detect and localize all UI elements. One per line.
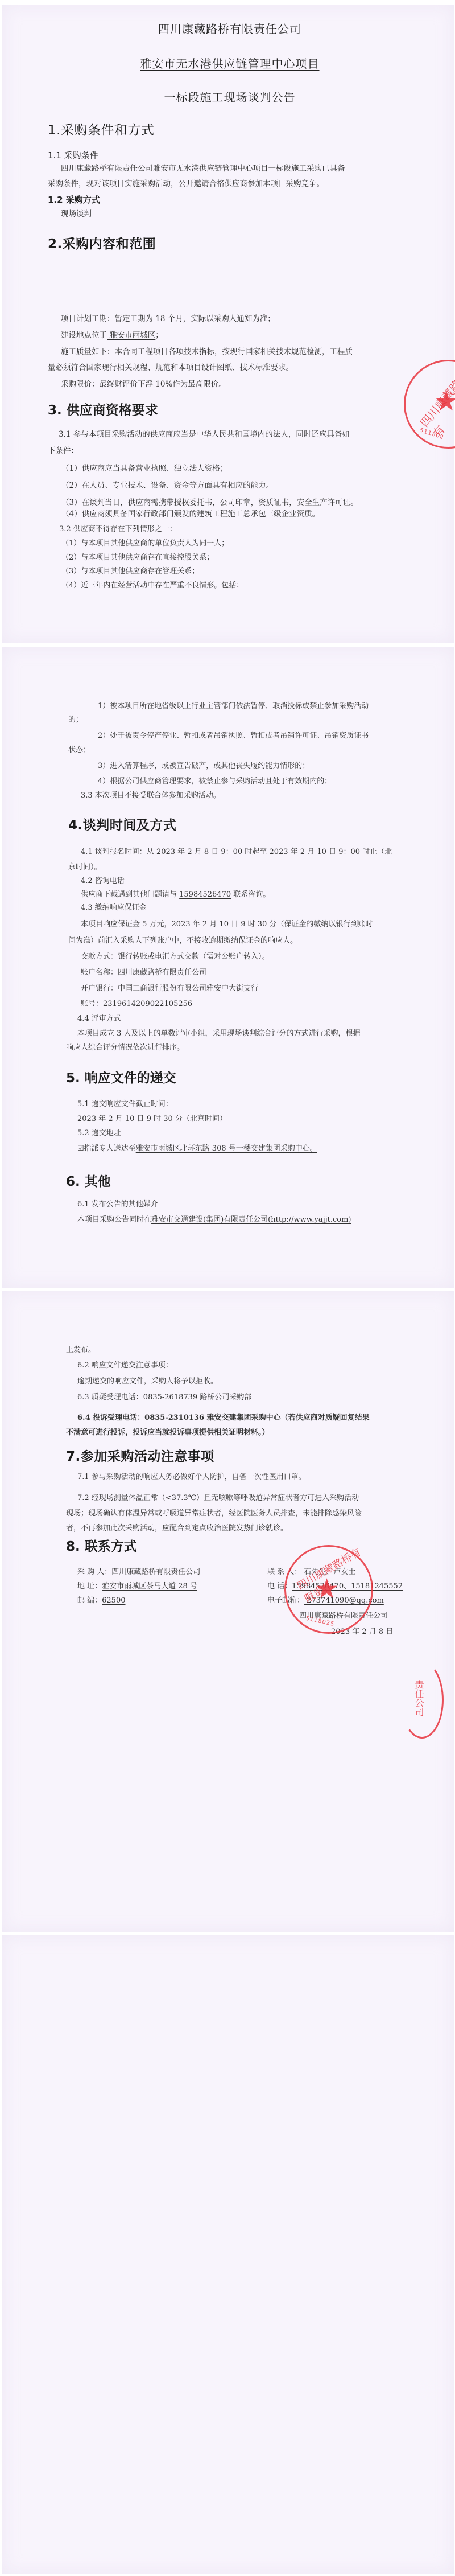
evaluation-method: 本项目成立 3 人及以上的单数评审小组，采用现场谈判综合评分的方式进行采购，根据 [77,1030,361,1037]
section-6-2-heading: 6.2 响应文件递交注意事项： [77,1362,173,1369]
price-limit: 采购限价：最终财评价下浮 10%作为最高限价。 [61,381,226,389]
section-4-heading: 4.谈判时间及方式 [68,815,176,833]
checkbox-checked-icon: ☑ [77,1144,84,1153]
exclusion-subitem-2-cont: 状态； [68,746,90,754]
evaluation-method-cont: 响应人综合评分情况依次进行排序。 [66,1044,184,1051]
section-6-heading: 6. 其他 [66,1171,111,1190]
qualification-item-3: （3）在谈判当日，供应商需携带授权委托书，公司印章，资质证书，安全生产许可证。 [61,499,358,507]
exclusion-item-4: （4）近三年内在经营活动中存在严重不良情形。包括： [61,582,243,589]
temperature-notice-cont-1: 现场；现场确认有体温异常或呼吸道异常症状者，经医院医务人员排查，未能排除感染风险 [66,1510,362,1517]
exclusion-subitem-1: 1）被本项目所在地省级以上行业主管部门依法暂停、取消投标或禁止参加采购活动 [98,702,369,710]
star-icon: ★ [315,1575,339,1603]
section-1-heading: 1.采购条件和方式 [48,120,154,138]
section-1-1-heading: 1.1 采购条件 [48,149,98,161]
document-page-3: 上发布。 6.2 响应文件递交注意事项： 逾期递交的响应文件，采购人将予以拒收。… [2,1291,454,1932]
notice-title: 一标段施工现场谈判公告 [2,88,455,105]
purchaser-row: 采 购 人：四川康藏路桥有限责任公司 [77,1568,200,1576]
bank-name: 开户银行：中国工商银行股份有限公司雅安中大街支行 [81,985,258,992]
submission-deadline: 2023 年 2 月 10 日 9 时 30 分（北京时间） [77,1115,227,1123]
complaint-phone-cont: 不满意可进行投诉，投诉应当就投诉事项提供相关证明材料。） [66,1429,270,1436]
complaint-phone: 6.4 投诉受理电话：0835-2310136 雅安交建集团采购中心（若供应商对… [77,1414,370,1421]
exclusion-item-2: （2）与本项目其他供应商存在直接控股关系； [61,554,214,561]
section-3-1-text-cont: 下条件： [48,447,78,455]
section-4-2-heading: 4.2 咨询电话 [81,877,125,885]
section-1-2-heading: 1.2 采购方式 [48,194,100,206]
construction-quality: 施工质量如下：本合同工程项目各项技术指标，按现行国家相关技术规范检测，工程质 [61,348,353,356]
submission-address: ☑指派专人送达至雅安市雨城区北环东路 308 号一楼交建集团采购中心。 [77,1145,317,1152]
query-phone: 6.3 质疑受理电话：0835-2618739 路桥公司采购部 [77,1394,251,1401]
section-5-2-heading: 5.2 递交地址 [77,1129,121,1137]
exclusion-subitem-4: 4）根据公司供应商管理要求，被禁止参与采购活动且处于有效期内的； [98,778,332,785]
exclusion-subitem-2: 2）处于被责令停产停业、暂扣或者吊销执照、暂扣或者吊销许可证、吊销资质证书 [98,732,369,739]
project-location: 建设地点位于 雅安市雨城区； [61,332,163,340]
project-period: 项目计划工期：暂定工期为 18 个月，实际以采购人通知为准； [61,315,275,323]
stamp-text: 责任公司 [412,1680,425,1716]
other-media-cont: 上发布。 [66,1346,96,1354]
section-4-3-heading: 4.3 缴纳响应保证金 [81,904,147,911]
temperature-notice: 7.2 经现场测量体温正常（<37.3℃）且无咳嗽等呼吸道异常症状者方可进入采购… [77,1494,359,1502]
exclusion-subitem-3: 3）进入清算程序，或被宣告破产，或其他丧失履约能力情形的； [98,762,309,770]
company-seal-stamp: 四川康藏路桥有 ★ 511802 [404,360,455,449]
company-seal-stamp-signature: 四川康藏路桥有限责任 ★ 5118025 [284,1545,373,1634]
section-5-heading: 5. 响应文件的递交 [66,1067,176,1086]
deposit-text-cont: 间为准）前汇入采购人下列账户中，不接收逾期缴纳保证金的响应人。 [68,937,297,944]
section-3-3-text: 3.3 本次项目不接受联合体参加采购活动。 [81,792,221,799]
other-media: 本项目采购公告同时在雅安市交通建设(集团)有限责任公司(http://www.y… [77,1216,351,1223]
partial-seal-stamp: 责任公司 [400,1661,444,1739]
account-number: 账号：2319614209022105256 [81,1000,192,1008]
section-6-1-heading: 6.1 发布公告的其他媒介 [77,1201,158,1208]
section-3-heading: 3. 供应商资格要求 [48,400,158,418]
account-name: 账户名称：四川康藏路桥有限责任公司 [81,969,206,976]
late-submission-notice: 逾期递交的响应文件，采购人将予以拒收。 [77,1378,218,1385]
construction-quality-cont: 量必须符合国家现行相关规程、规范和本项目设计图纸、技术标准要求。 [48,364,293,372]
document-page-2: 1）被本项目所在地省级以上行业主管部门依法暂停、取消投标或禁止参加采购活动 的；… [2,647,454,1288]
procurement-method: 现场谈判 [61,211,92,219]
project-title: 雅安市无水港供应链管理中心项目 [2,55,455,71]
section-4-4-heading: 4.4 评审方式 [77,1015,121,1022]
section-8-heading: 8. 联系方式 [66,1536,137,1555]
qualification-item-2: （2）在人员、专业技术、设备、资金等方面具有相应的能力。 [61,482,274,490]
document-page-1: 四川康藏路桥有限责任公司 雅安市无水港供应链管理中心项目 一标段施工现场谈判公告… [2,5,454,643]
consult-phone: 供应商下载遇到其他问题请与 15984526470 联系咨询。 [81,891,270,898]
stamp-code: 5118025 [305,1616,335,1628]
publisher-link[interactable]: 雅安市交通建设(集团)有限责任公司(http://www.yajjt.com) [151,1215,351,1224]
star-icon: ★ [434,388,455,415]
exclusion-item-1: （1）与本项目其他供应商的单位负责人为同一人； [61,540,229,547]
address-row: 地 址：雅安市雨城区茶马大道 28 号 [77,1583,197,1590]
registration-time: 4.1 谈判报名时间：从 2023 年 2 月 8 日 9：00 时起至 202… [81,848,392,856]
postcode-row: 邮 编： 62500 [77,1597,180,1604]
section-5-1-heading: 5.1 递交响应文件截止时间： [77,1100,173,1108]
protection-notice: 7.1 参与采购活动的响应人务必做好个人防护，自备一次性医用口罩。 [77,1473,306,1481]
qualification-item-1: （1）供应商应当具备营业执照、独立法人资格； [61,465,227,473]
deposit-text: 本项目响应保证金 5 万元，2023 年 2 月 10 日 9 时 30 分（保… [81,921,373,928]
exclusion-item-3: （3）与本项目其他供应商存在管理关系； [61,568,199,575]
qualification-item-4: （4）供应商须具备国家行政部门颁发的建筑工程施工总承包三级企业资质。 [61,511,320,519]
section-7-heading: 7.参加采购活动注意事项 [66,1446,214,1465]
registration-time-cont: 京时间）。 [68,864,102,871]
section-1-1-text: 四川康藏路桥有限责任公司雅安市无水港供应链管理中心项目一标段施工采购已具备 [61,165,345,173]
section-2-heading: 2.采购内容和范围 [48,233,156,252]
exclusion-subitem-1-cont: 的； [68,716,83,724]
temperature-notice-cont-2: 者，不再参加此次采购活动，应配合到定点收治医院发热门诊就诊。 [66,1525,288,1532]
company-header: 四川康藏路桥有限责任公司 [2,20,455,36]
section-3-1-text: 3.1 参与本项目采购活动的供应商应当是中华人民共和国境内的法人，同时还应具备如 [59,431,350,439]
document-page-4-blank [2,1935,454,2574]
section-1-1-text-cont: 采购条件，现对该项目实施采购活动，公开邀请合格供应商参加本项目采购竞争。 [48,180,324,188]
section-3-2-heading: 3.2 供应商不得存在下列情形之一： [59,525,177,533]
payment-method: 交款方式：银行转账或电汇方式交款（需对公账户转入）。 [81,953,270,960]
